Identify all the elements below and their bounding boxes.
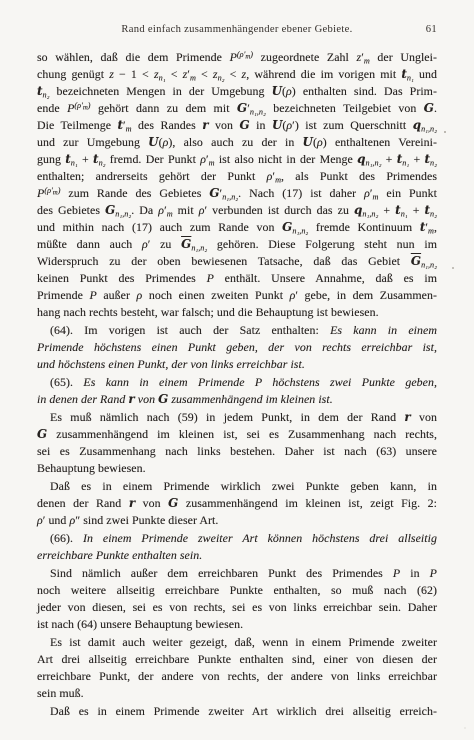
text-line: Es ist damit auch weiter gezeigt, daß, w… (37, 634, 437, 651)
text-line: noch weitere allseitig erreichbare Punkt… (37, 582, 437, 599)
text-line: und zur Umgebung U(ρ), also auch zu der … (37, 134, 437, 151)
running-title: Rand einfach zusammenhängender ebener Ge… (37, 24, 437, 35)
text-line: (64). Im vorigen ist auch der Satz entha… (37, 322, 437, 339)
text-line: chung genügt z − 1 < zn₁ < z′m < zn₂ < z… (37, 66, 437, 83)
text-line: P(ρ′m) zum Rande des Gebietes G′n₁,n₂. N… (37, 185, 437, 202)
text-line: in denen der Rand r von G zusammenhängen… (37, 391, 437, 408)
text-line: so wählen, daß die dem Primende P(ρ′m) z… (37, 49, 437, 66)
text-line: G zusammenhängend im kleinen ist, sei es… (37, 426, 437, 443)
scan-speckles (444, 131, 446, 133)
text-line: und mithin nach (17) auch zum Rande von … (37, 219, 437, 236)
text-line: erreichbare Punkte enthalten sein. (37, 547, 437, 564)
text-line: Art drei allseitig erreichbare Punkte en… (37, 651, 437, 668)
text-line: Daß es in einem Primende wirklich zwei P… (37, 478, 437, 495)
text-line: erreichbare Punkt, der andere von rechts… (37, 668, 437, 685)
text-line: ende P(ρ′m) gehört dann zu dem mit G′n₁,… (37, 100, 437, 117)
text-line: ρ′ und ρ″ sind zwei Punkte dieser Art. (37, 512, 437, 529)
page-number: 61 (426, 24, 437, 35)
running-header: Rand einfach zusammenhängender ebener Ge… (37, 24, 437, 38)
page-text: so wählen, daß die dem Primende P(ρ′m) z… (37, 49, 437, 720)
text-line: Sind nämlich außer dem erreichbaren Punk… (37, 565, 437, 582)
text-line: enthalten; andrerseits gehört der Punkt … (37, 168, 437, 185)
text-line: Widerspruch zu der oben bewiesenen Tatsa… (37, 253, 437, 270)
text-line: jeder von diesen, sei es von rechts, sei… (37, 599, 437, 616)
text-line: Es muß nämlich nach (59) in jedem Punkt,… (37, 409, 437, 426)
text-line: tn₂ bezeichneten Mengen in der Umgebung … (37, 83, 437, 100)
text-line: keinen Punkt des Primendes P enthält. Un… (37, 270, 437, 287)
text-line: und höchstens einen Punkt, der von links… (37, 356, 437, 373)
text-line: Die Teilmenge t′m des Randes r von G in … (37, 117, 437, 134)
text-line: gung tn₁ + tn₂ fremd. Der Punkt ρ′m ist … (37, 151, 437, 168)
text-line: denen der Rand r von G zusammenhängend i… (37, 495, 437, 512)
text-line: Daß es in einem Primende zweiter Art wir… (37, 703, 437, 720)
text-line: (65). Es kann in einem Primende P höchst… (37, 374, 437, 391)
book-page: Rand einfach zusammenhängender ebener Ge… (0, 0, 474, 740)
text-line: Primende höchstens einen Punkt geben, de… (37, 339, 437, 356)
text-line: sei es Zusammenhang nach links bestehen.… (37, 443, 437, 460)
text-line: (66). In einem Primende zweiter Art könn… (37, 530, 437, 547)
text-line: sein muß. (37, 685, 437, 702)
text-line: des Gebietes Gn₁,n₂. Da ρ′m mit ρ′ verbu… (37, 202, 437, 219)
text-line: Primende P außer ρ noch einen zweiten Pu… (37, 287, 437, 304)
text-line: hang nach rechts besteht, war falsch; un… (37, 304, 437, 321)
text-line: Behauptung bewiesen. (37, 460, 437, 477)
text-line: ist nach (64) unsere Behauptung bewiesen… (37, 616, 437, 633)
text-line: müßte dann auch ρ′ zu Gn₁,n₂ gehören. Di… (37, 236, 437, 253)
